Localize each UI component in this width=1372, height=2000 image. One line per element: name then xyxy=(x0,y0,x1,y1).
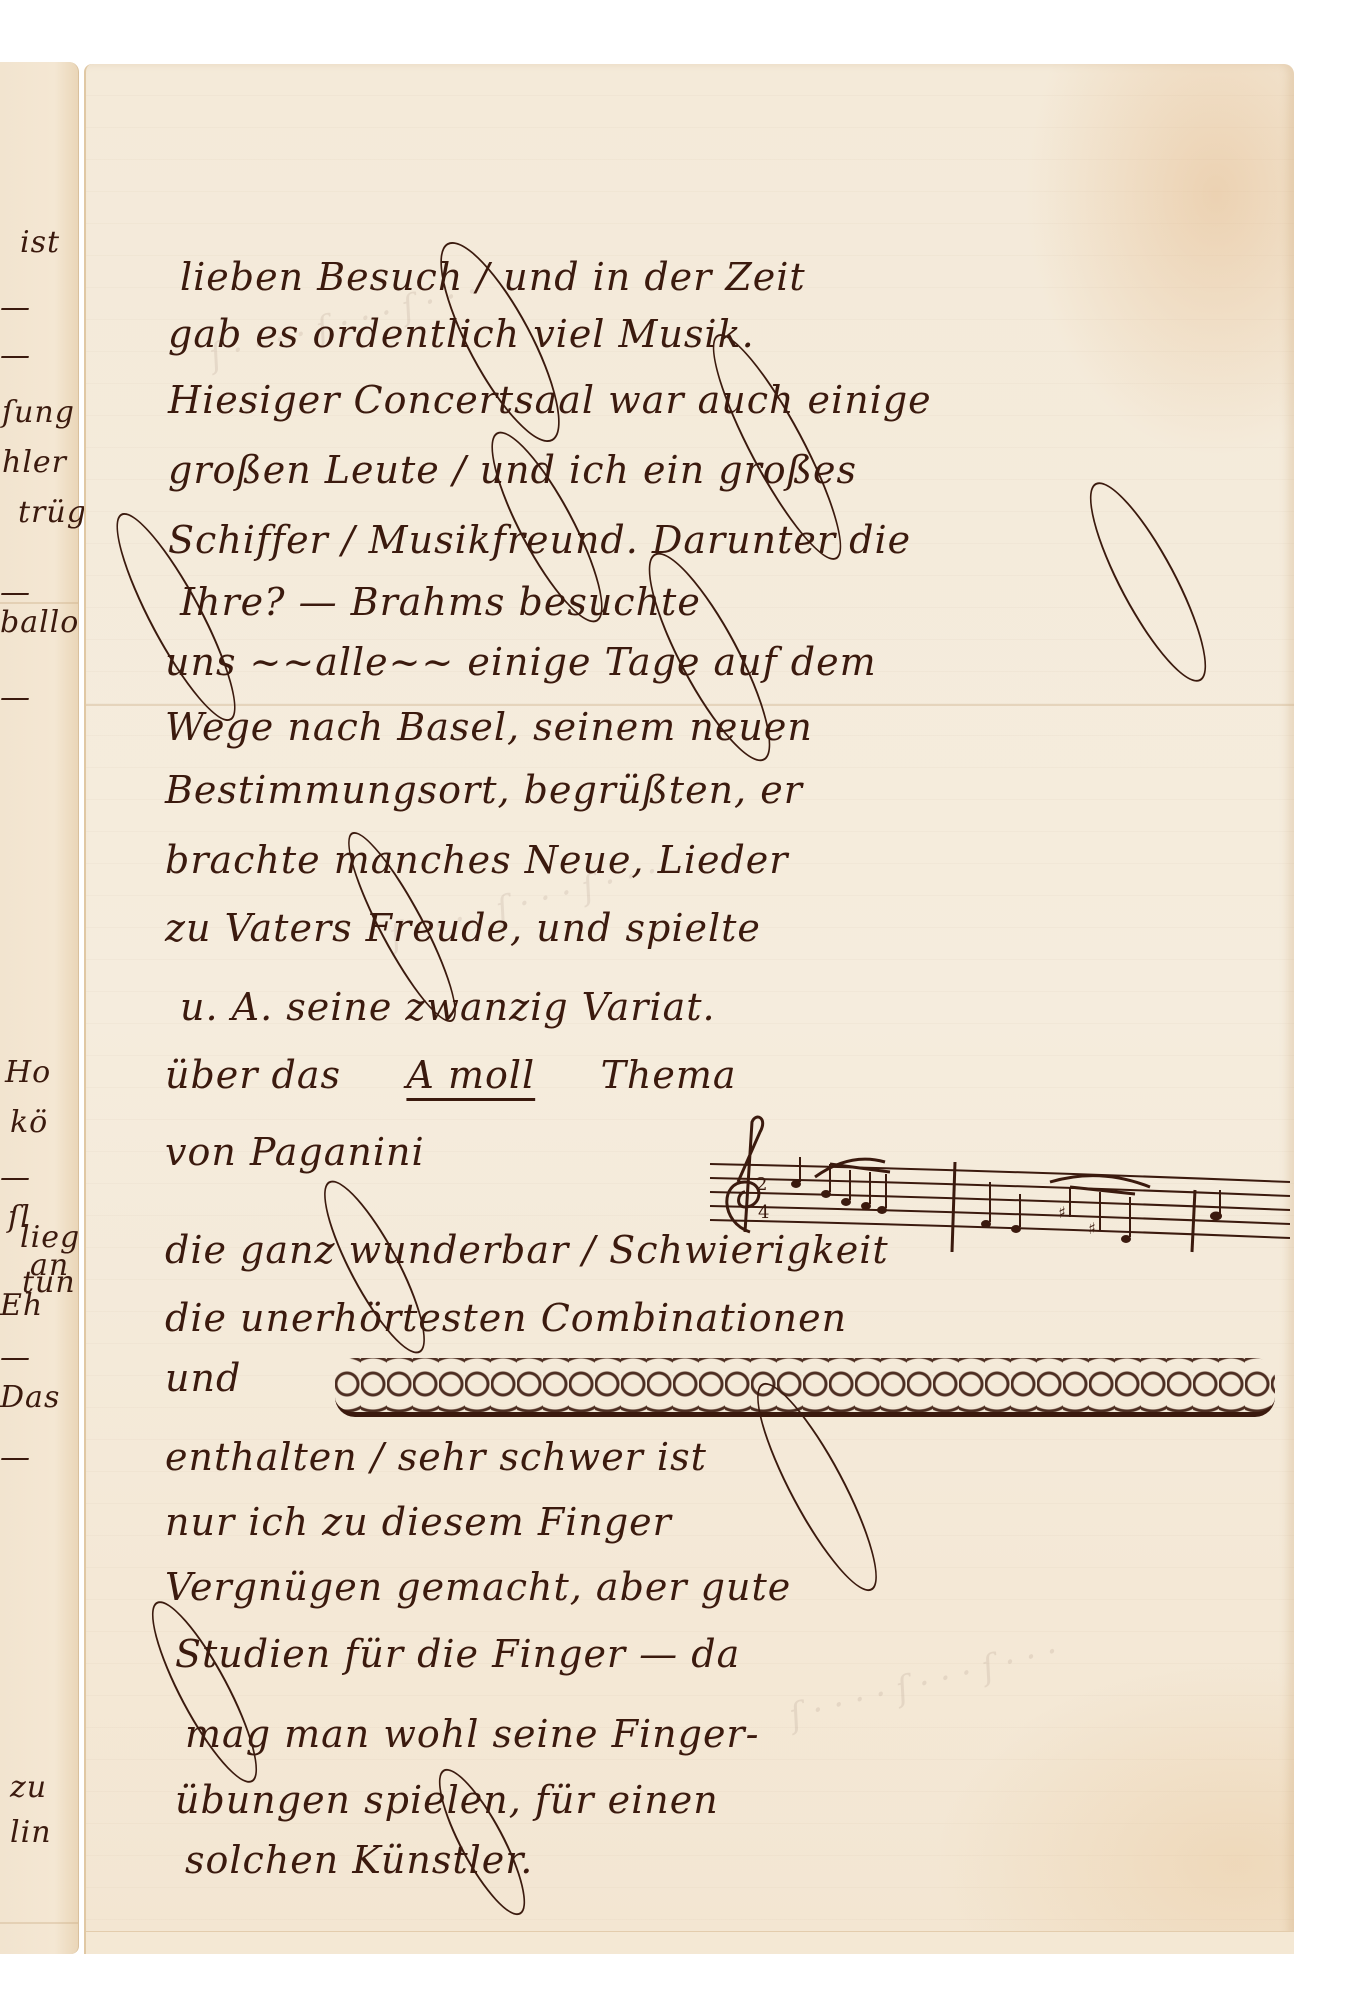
left-page-fragment: — xyxy=(0,680,31,715)
page-bottom-edge xyxy=(86,1931,1294,1954)
svg-text:♯: ♯ xyxy=(1088,1219,1096,1238)
left-page-fragment: Das xyxy=(0,1380,60,1415)
manuscript-line-5: Schiffer / Musikfreund. Darunter die xyxy=(168,518,911,562)
left-page-fragment: — xyxy=(0,1340,31,1375)
left-page-fragment: Ho xyxy=(5,1055,51,1090)
show-through-text: ſ · · · · ſ · · · ſ · · · xyxy=(785,1631,1062,1736)
left-page-fragment: Eh xyxy=(0,1288,43,1323)
manuscript-line-4: großen Leute / und ich ein großes xyxy=(168,448,857,492)
left-page-fragment: trüg xyxy=(18,495,87,530)
manuscript-line-20: Vergnügen gemacht, aber gute xyxy=(165,1565,791,1609)
left-page-fragment: hler xyxy=(2,445,67,480)
manuscript-line-3: Hiesiger Concertsaal war auch einige xyxy=(168,378,932,422)
svg-text:♯: ♯ xyxy=(1058,1203,1066,1222)
manuscript-line-6: Ihre? — Brahms besuchte xyxy=(180,580,701,624)
left-page-fragment: lin xyxy=(10,1815,52,1850)
manuscript-line-23: übungen spielen, für einen xyxy=(175,1778,719,1822)
manuscript-line-13: über das A moll Thema xyxy=(165,1053,737,1097)
manuscript-line-22: mag man wohl seine Finger- xyxy=(185,1712,759,1756)
svg-text:2: 2 xyxy=(756,1174,767,1195)
left-page-fragment: ſung xyxy=(2,395,75,430)
manuscript-line-14: von Paganini xyxy=(165,1130,425,1174)
left-page-fragment: ist xyxy=(20,225,60,260)
manuscript-line-2: gab es ordentlich viel Musik. xyxy=(168,312,755,356)
left-page-fragment: kö xyxy=(10,1105,48,1140)
manuscript-line-1: lieben Besuch / und in der Zeit xyxy=(180,255,806,299)
manuscript-line-15: die ganz wunderbar / Schwierigkeit xyxy=(165,1228,889,1272)
fold-line xyxy=(0,1922,78,1924)
manuscript-line-11: zu Vaters Freude, und spielte xyxy=(165,906,761,950)
left-page-fragment: — xyxy=(0,290,31,325)
left-page-fragment: — xyxy=(0,1160,31,1195)
left-page-fragment: ballo xyxy=(0,605,79,640)
left-page-fragment: zu xyxy=(10,1770,47,1805)
manuscript-line-16: die unerhörtesten Combinationen xyxy=(165,1296,847,1340)
svg-text:4: 4 xyxy=(758,1202,769,1223)
manuscript-line-10: brachte manches Neue, Lieder xyxy=(165,838,788,882)
underlined-key-a-moll: A moll xyxy=(406,1053,535,1097)
manuscript-line-7: uns ~~alle~~ einige Tage auf dem xyxy=(165,640,877,684)
left-page-fragment: — xyxy=(0,1440,31,1475)
manuscript-line-8: Wege nach Basel, seinem neuen xyxy=(165,705,813,749)
manuscript-line-21: Studien für die Finger — da xyxy=(175,1632,740,1676)
line-13-tail: Thema xyxy=(601,1053,737,1097)
manuscript-line-18: enthalten / sehr schwer ist xyxy=(165,1435,707,1479)
scribbled-out-line xyxy=(335,1358,1275,1417)
manuscript-line-17: und xyxy=(165,1356,241,1400)
manuscript-line-9: Bestimmungsort, begrüßten, er xyxy=(165,768,803,812)
manuscript-line-24: solchen Künstler. xyxy=(185,1838,533,1882)
manuscript-line-19: nur ich zu diesem Finger xyxy=(165,1500,672,1544)
line-13-lead: über das xyxy=(165,1053,341,1097)
manuscript-line-12: u. A. seine zwanzig Variat. xyxy=(180,985,716,1029)
left-page-fragment: — xyxy=(0,338,31,373)
